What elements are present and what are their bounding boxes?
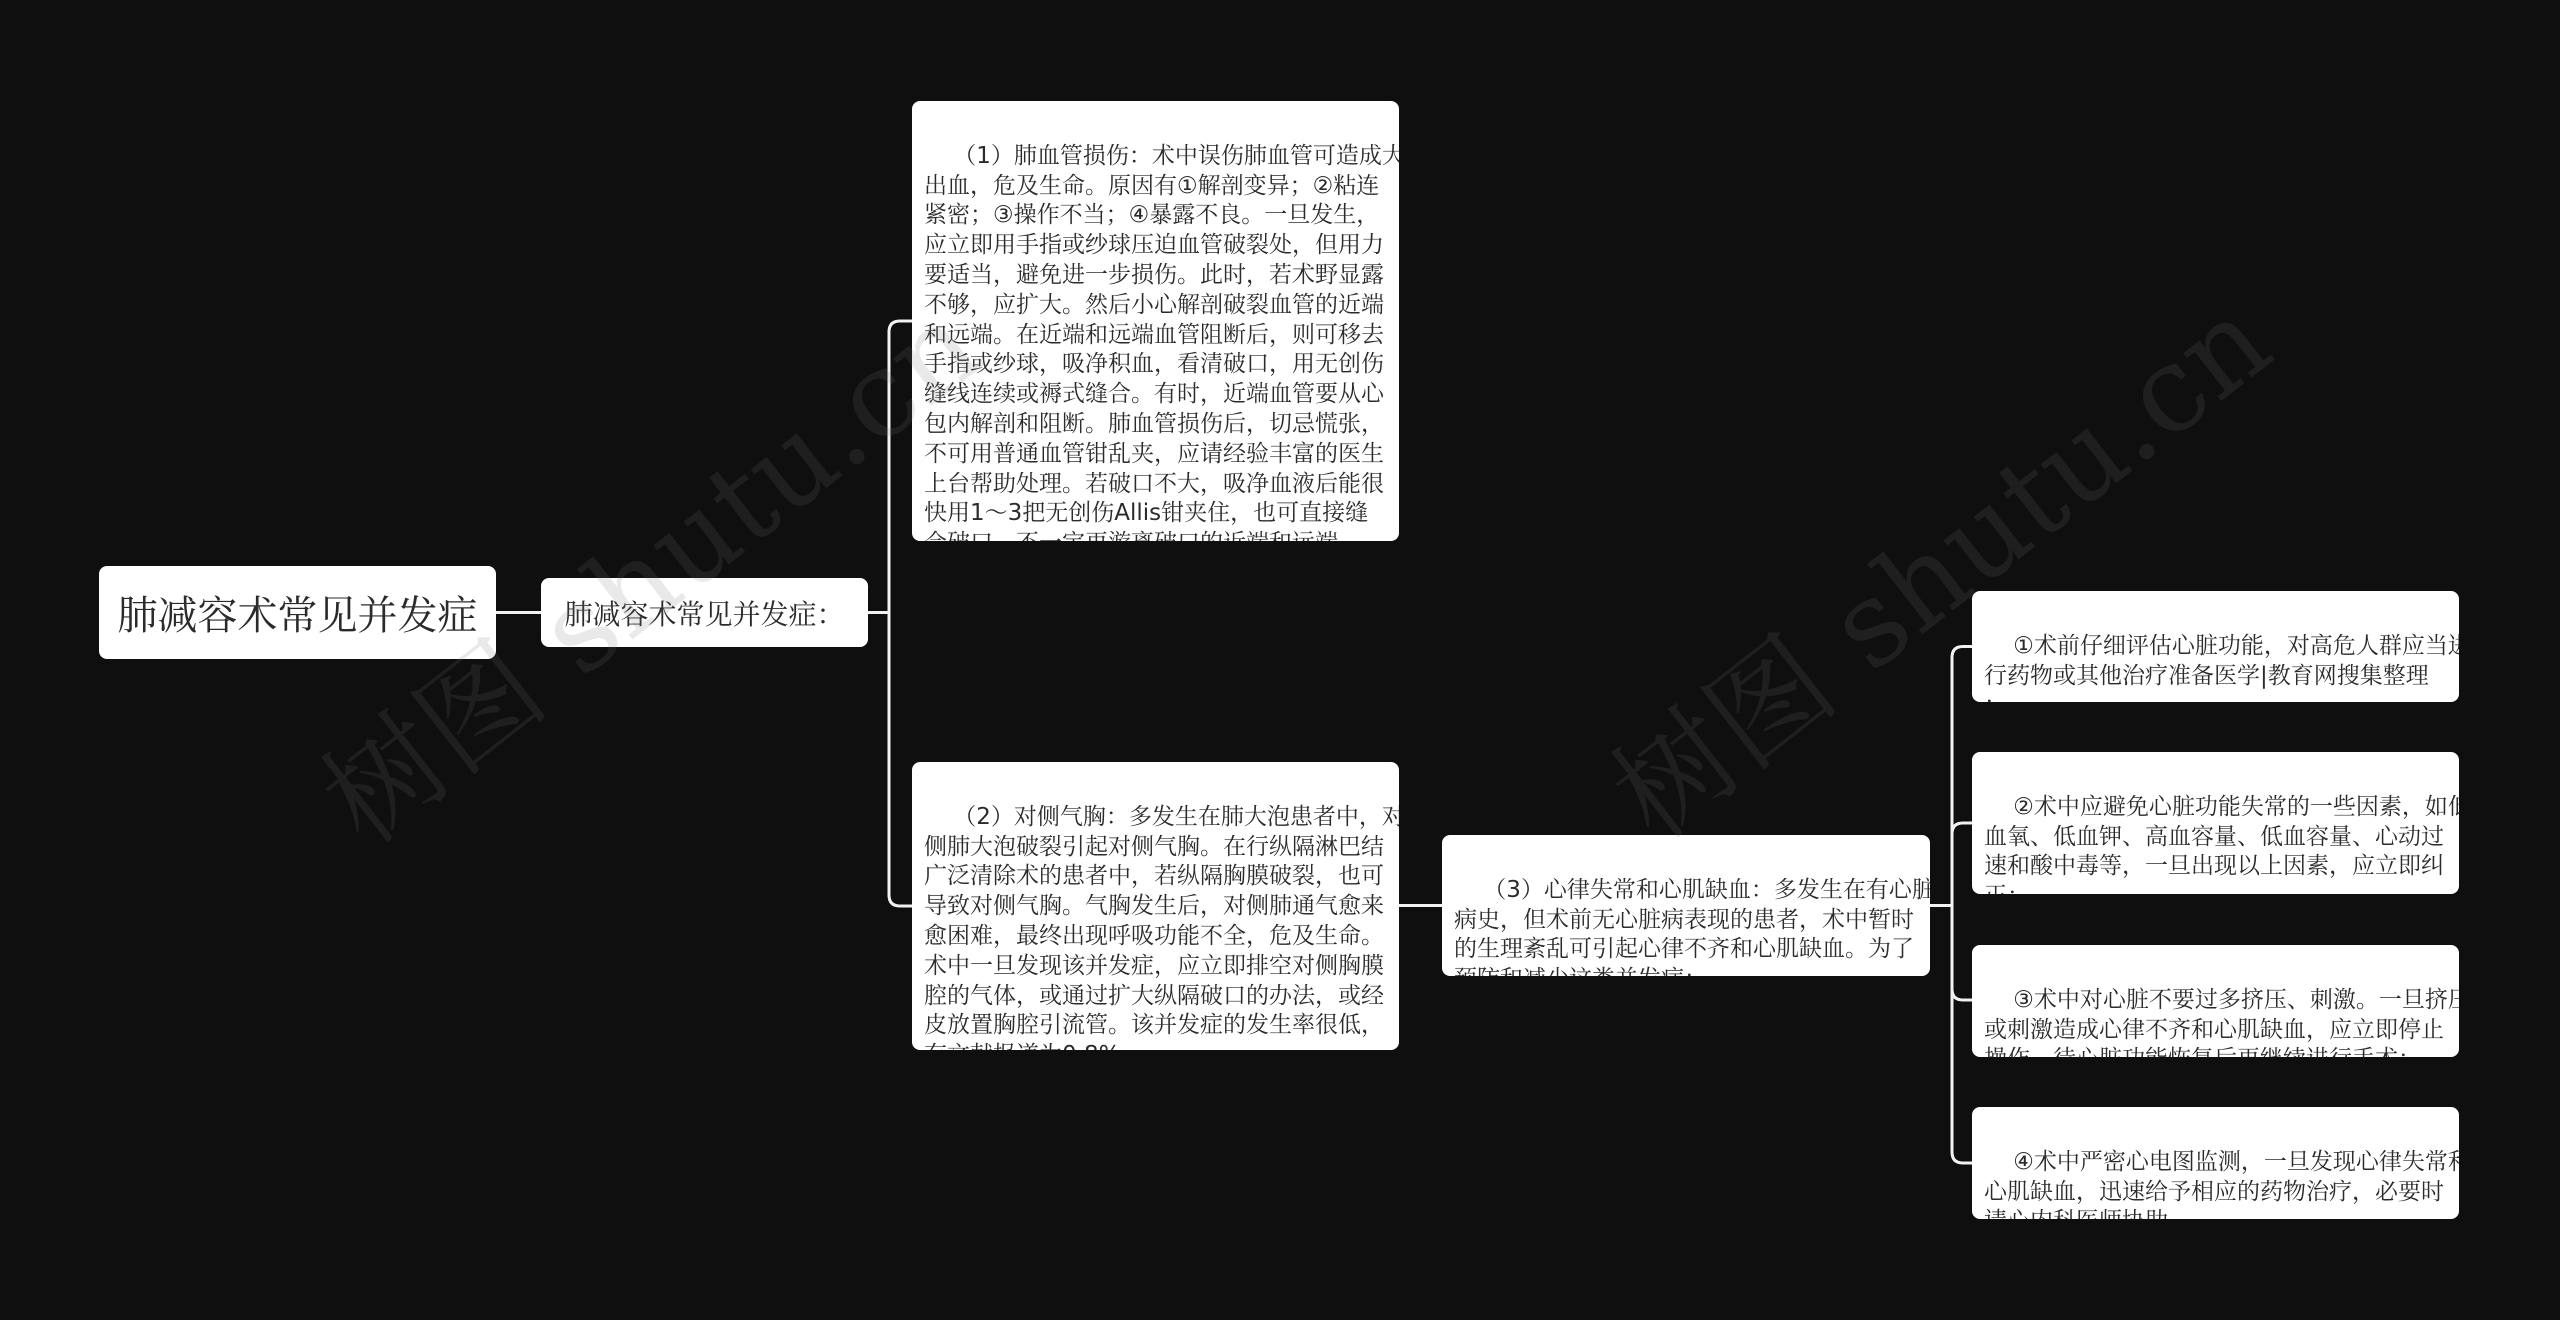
connector-level1-bracket [889,321,912,906]
leaf-topic-4: ④术中严密心电图监测，一旦发现心律失常和 心肌缺血，迅速给予相应的药物治疗，必要… [1972,1107,2459,1219]
branch-topic-text: （2）对侧气胸：多发生在肺大泡患者中，对 侧肺大泡破裂引起对侧气胸。在行纵隔淋巴… [924,804,1399,1050]
sub-topic-text: （3）心律失常和心肌缺血：多发生在有心脏 病史，但术前无心脏病表现的患者，术中暂… [1454,877,1930,976]
branch-topic-contralateral-pneumothorax: （2）对侧气胸：多发生在肺大泡患者中，对 侧肺大泡破裂引起对侧气胸。在行纵隔淋巴… [912,762,1399,1050]
connector-sub-bracket [1952,647,1972,1164]
connector-sub-item-2 [1952,823,1972,834]
connector-sub-item-3 [1952,989,1972,1000]
level1-topic: 肺减容术常见并发症： [541,578,868,647]
leaf-topic-2: ②术中应避免心脏功能失常的一些因素，如低 血氧、低血钾、高血容量、低血容量、心动… [1972,752,2459,894]
leaf-topic-1: ①术前仔细评估心脏功能，对高危人群应当进 行药物或其他治疗准备医学|教育网搜集整… [1972,591,2459,702]
leaf-topic-text: ④术中严密心电图监测，一旦发现心律失常和 心肌缺血，迅速给予相应的药物治疗，必要… [1984,1149,2459,1219]
mindmap-canvas: 肺减容术常见并发症 肺减容术常见并发症： （1）肺血管损伤：术中误伤肺血管可造成… [0,0,2560,1320]
leaf-topic-text: ①术前仔细评估心脏功能，对高危人群应当进 行药物或其他治疗准备医学|教育网搜集整… [1984,633,2459,702]
branch-topic-pulmonary-vessel-injury: （1）肺血管损伤：术中误伤肺血管可造成大 出血，危及生命。原因有①解剖变异；②粘… [912,101,1399,541]
leaf-topic-text: ②术中应避免心脏功能失常的一些因素，如低 血氧、低血钾、高血容量、低血容量、心动… [1984,794,2459,894]
leaf-topic-text: ③术中对心脏不要过多挤压、刺激。一旦挤压 或刺激造成心律不齐和心肌缺血，应立即停… [1984,987,2459,1057]
leaf-topic-3: ③术中对心脏不要过多挤压、刺激。一旦挤压 或刺激造成心律不齐和心肌缺血，应立即停… [1972,945,2459,1057]
root-topic-label: 肺减容术常见并发症 [118,584,478,641]
level1-topic-label: 肺减容术常见并发症： [564,593,844,633]
root-topic: 肺减容术常见并发症 [99,566,496,659]
branch-topic-text: （1）肺血管损伤：术中误伤肺血管可造成大 出血，危及生命。原因有①解剖变异；②粘… [924,143,1399,541]
sub-topic-arrhythmia-ischemia: （3）心律失常和心肌缺血：多发生在有心脏 病史，但术前无心脏病表现的患者，术中暂… [1442,835,1930,976]
